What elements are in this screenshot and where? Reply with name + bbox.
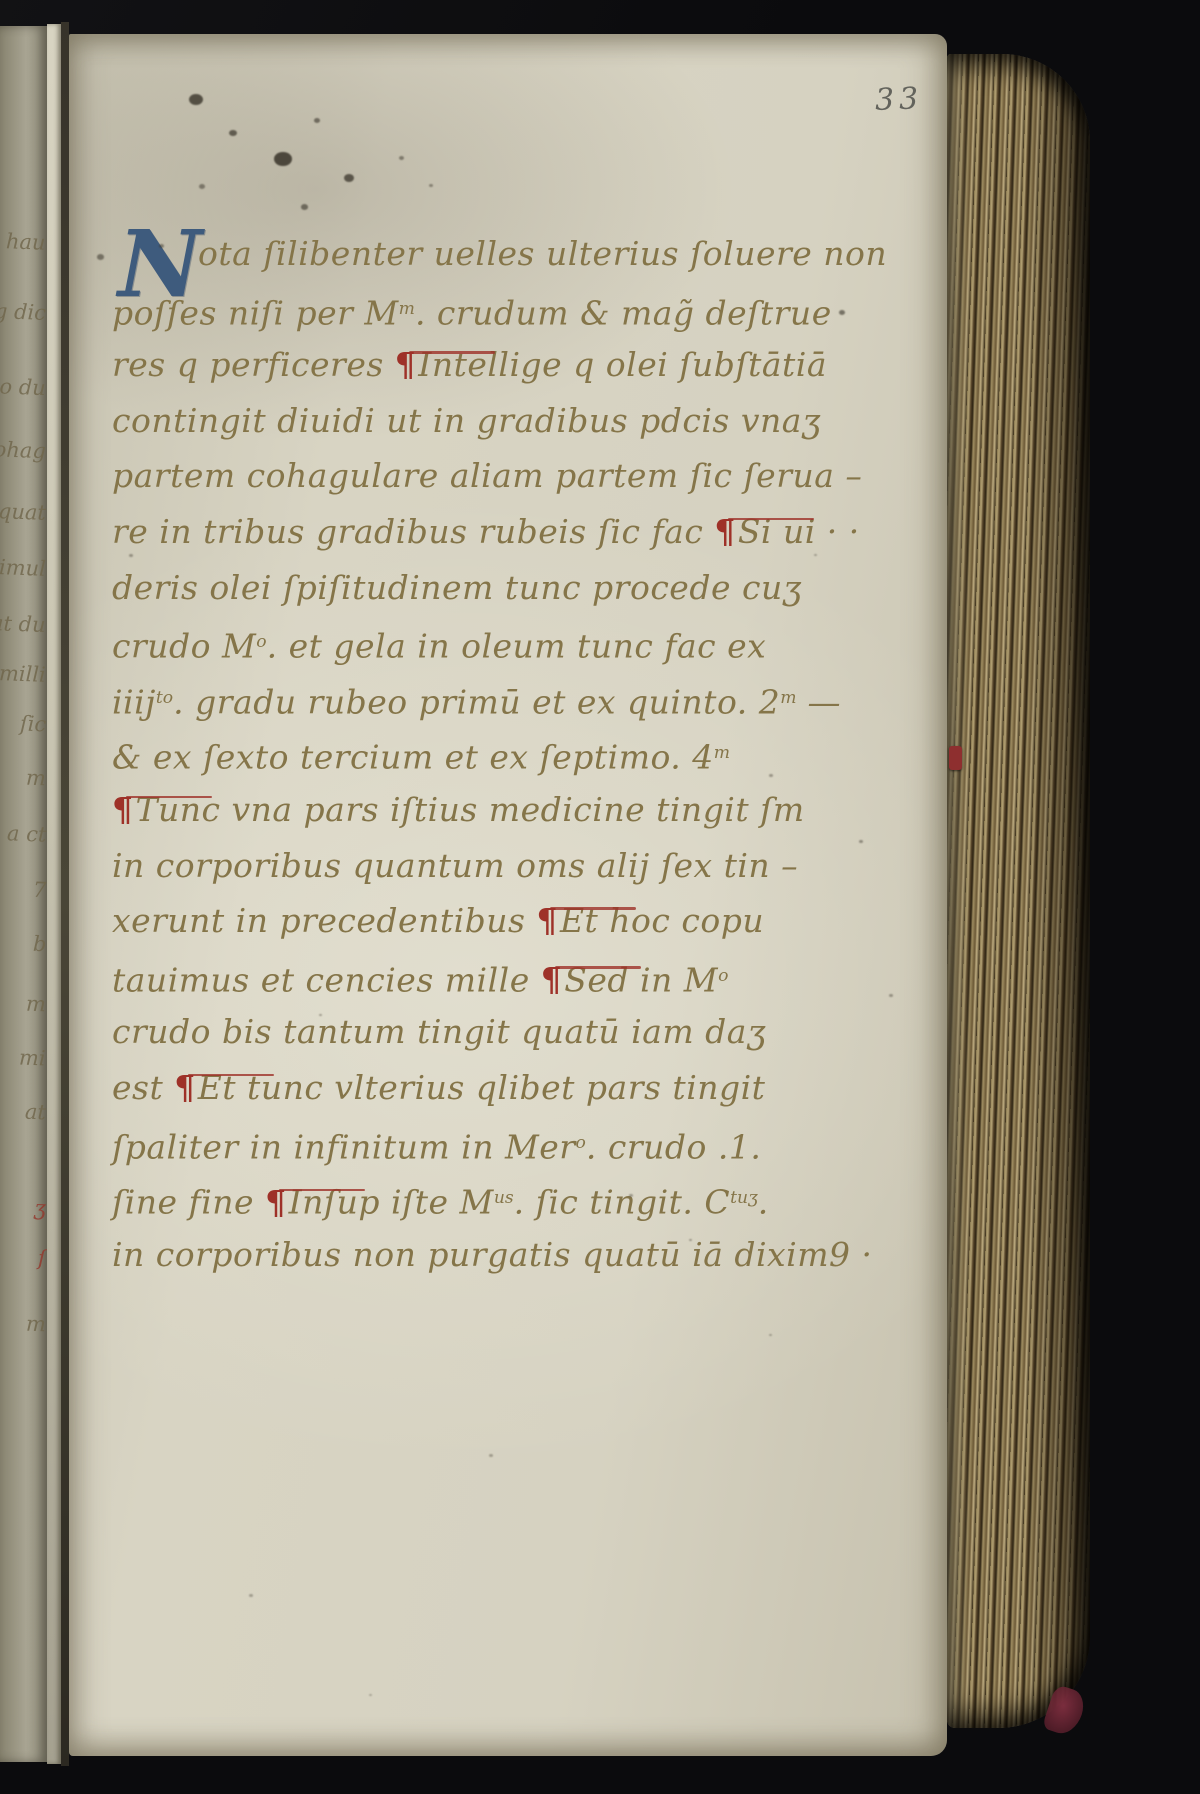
fragment-text: g dic [0,299,46,325]
ink-text: . ſic tingit. C [514,1183,730,1222]
stain-spot [769,1334,772,1336]
fore-edge-stack [947,54,1090,1728]
photo-backdrop: { "page": { "folio_number": "33", "initi… [0,0,1200,1794]
ink-text: . et gela in oleum tunc fac ex [267,627,767,666]
text-line: partem cohagulare aliam partem ſic ſerua… [112,448,760,504]
manuscript-page: 33 N ota ſilibenter uelles ulterius ſolu… [69,34,947,1756]
fragment-text: at du [0,611,46,637]
ink-text: re in tribus gradibus rubeis ſic fac [112,512,714,551]
fragment-text: b [32,932,46,956]
fragment-text: at [25,1100,47,1125]
ink-text: in corporibus non purgatis quatū iā dixi… [112,1235,873,1274]
ink-text: Tunc vna pars iſtius medicine tingit ſm [136,790,805,829]
ink-text: est [112,1068,174,1107]
ink-text: . [758,1183,769,1222]
ink-text: Et tunc vlterius qlibet pars tingit [198,1068,766,1107]
stain-spot [159,244,164,248]
stain-spot [429,184,433,187]
fragment-text: a ct [6,821,46,846]
stain-spot [189,94,203,105]
superscript-abbreviation: m [399,299,415,319]
text-line: deris olei ſpiſitudinem tunc procede cuʒ [112,560,760,616]
fragment-text: hau [6,229,46,254]
text-line: ſpaliter in infinitum in Mero. crudo .1. [112,1116,760,1172]
text-line: ota ſilibenter uelles ulterius ſoluere n… [112,226,760,282]
superscript-abbreviation: o [576,1133,586,1153]
stain-spot [399,156,404,160]
stain-spot [839,310,845,315]
ink-text: . gradu rubeo primū et ex quinto. 2 [173,682,780,721]
superscript-abbreviation: to [156,688,173,708]
pilcrow-mark: ¶ [174,1068,198,1107]
ink-text: iiij [112,682,156,721]
fragment-text: ſ [38,1246,47,1270]
ink-text: deris olei ſpiſitudinem tunc procede cuʒ [112,568,802,607]
clasp-tab [949,746,962,770]
stain-spot [889,994,893,997]
stain-spot [249,1594,253,1597]
stain-spot [97,254,104,260]
gutter-shadow [61,22,69,1766]
fragment-text: milli [0,661,46,687]
superscript-abbreviation: tuʒ [730,1188,758,1208]
fragment-text: cohag [0,437,46,463]
stain-spot [769,774,773,777]
ink-text: partem cohagulare aliam partem ſic ſerua… [112,456,862,495]
stain-spot [301,204,308,210]
text-line: crudo bis tantum tingit quatū iam daʒ [112,1004,760,1060]
pilcrow-mark: ¶ [714,512,738,551]
text-line: xerunt in precedentibus ¶Et hoc copu [112,893,760,949]
superscript-abbreviation: us [494,1188,514,1208]
stain-spot [489,1454,493,1457]
ink-text: & ex ſexto tercium et ex ſeptimo. 4 [112,738,714,777]
text-line: re in tribus gradibus rubeis ſic fac ¶Si… [112,504,760,560]
stain-spot [344,174,354,182]
fragment-text: m [26,1312,47,1337]
folio-number: 33 [874,81,923,118]
fragment-text: m [26,992,47,1017]
fragment-text: ʒ [34,1196,47,1220]
ink-text: ſine fine [112,1183,265,1222]
ink-text: in corporibus quantum oms alij ſex tin – [112,846,798,885]
text-line: in corporibus quantum oms alij ſex tin – [112,838,760,894]
fragment-text: imul [0,555,46,581]
text-line: & ex ſexto tercium et ex ſeptimo. 4m [112,726,760,782]
text-block: N ota ſilibenter uelles ulterius ſoluere… [112,226,760,1282]
facing-page-sliver: haug dicno ducohagquatimulat dumilliſicm… [0,26,47,1762]
superscript-abbreviation: o [718,966,728,986]
text-line: ſine fine ¶Inſup iſte Mus. ſic tingit. C… [112,1171,760,1227]
pilcrow-mark: ¶ [265,1183,289,1222]
ink-text: crudo M [112,627,256,666]
ink-text: xerunt in precedentibus [112,901,536,940]
ink-text: res q perficeres [112,345,395,384]
superscript-abbreviation: m [780,688,796,708]
ink-text: . crudum & mag̃ deſtrue [415,293,832,332]
stain-spot [314,118,320,123]
ink-text: crudo bis tantum tingit quatū iam daʒ [112,1012,766,1051]
pilcrow-mark: ¶ [112,790,136,829]
pilcrow-mark: ¶ [536,901,560,940]
illuminated-initial: N [118,216,202,312]
stain-spot [814,554,817,556]
superscript-abbreviation: m [714,743,730,763]
text-line: poſſes niſi per Mm. crudum & mag̃ deſtru… [112,282,760,338]
pilcrow-mark: ¶ [395,345,419,384]
text-line: ¶Tunc vna pars iſtius medicine tingit ſm [112,782,760,838]
pilcrow-mark: ¶ [541,960,565,999]
text-line: contingit diuidi ut in gradibus pdcis vn… [112,393,760,449]
stain-spot [274,152,292,166]
fragment-text: quat [0,499,46,525]
text-line: res q perficeres ¶Intellige q olei ſubſt… [112,337,760,393]
ink-text: ota ſilibenter uelles ulterius ſoluere n… [198,234,887,273]
ink-text: tauimus et cencies mille [112,960,541,999]
fragment-text: 7 [32,878,46,902]
ink-text: — [797,682,842,721]
stain-spot [229,130,237,136]
page-edge-strip [47,24,61,1764]
text-line: in corporibus non purgatis quatū iā dixi… [112,1227,760,1283]
ink-text: ſpaliter in infinitum in Mer [112,1127,576,1166]
ink-text: . crudo .1. [586,1127,761,1166]
text-line: tauimus et cencies mille ¶Sed in Mo [112,949,760,1005]
superscript-abbreviation: o [256,632,266,652]
text-line: est ¶Et tunc vlterius qlibet pars tingit [112,1060,760,1116]
fragment-text: ſic [19,712,46,737]
text-line: crudo Mo. et gela in oleum tunc fac ex [112,615,760,671]
text-line: iiijto. gradu rubeo primū et ex quinto. … [112,671,760,727]
stain-spot [859,840,863,843]
stain-spot [199,184,205,189]
fragment-text: mi [19,1046,46,1071]
stain-spot [369,1694,372,1696]
fragment-text: m [26,766,47,791]
fragment-text: no du [0,374,46,400]
ink-text: contingit diuidi ut in gradibus pdcis vn… [112,401,821,440]
